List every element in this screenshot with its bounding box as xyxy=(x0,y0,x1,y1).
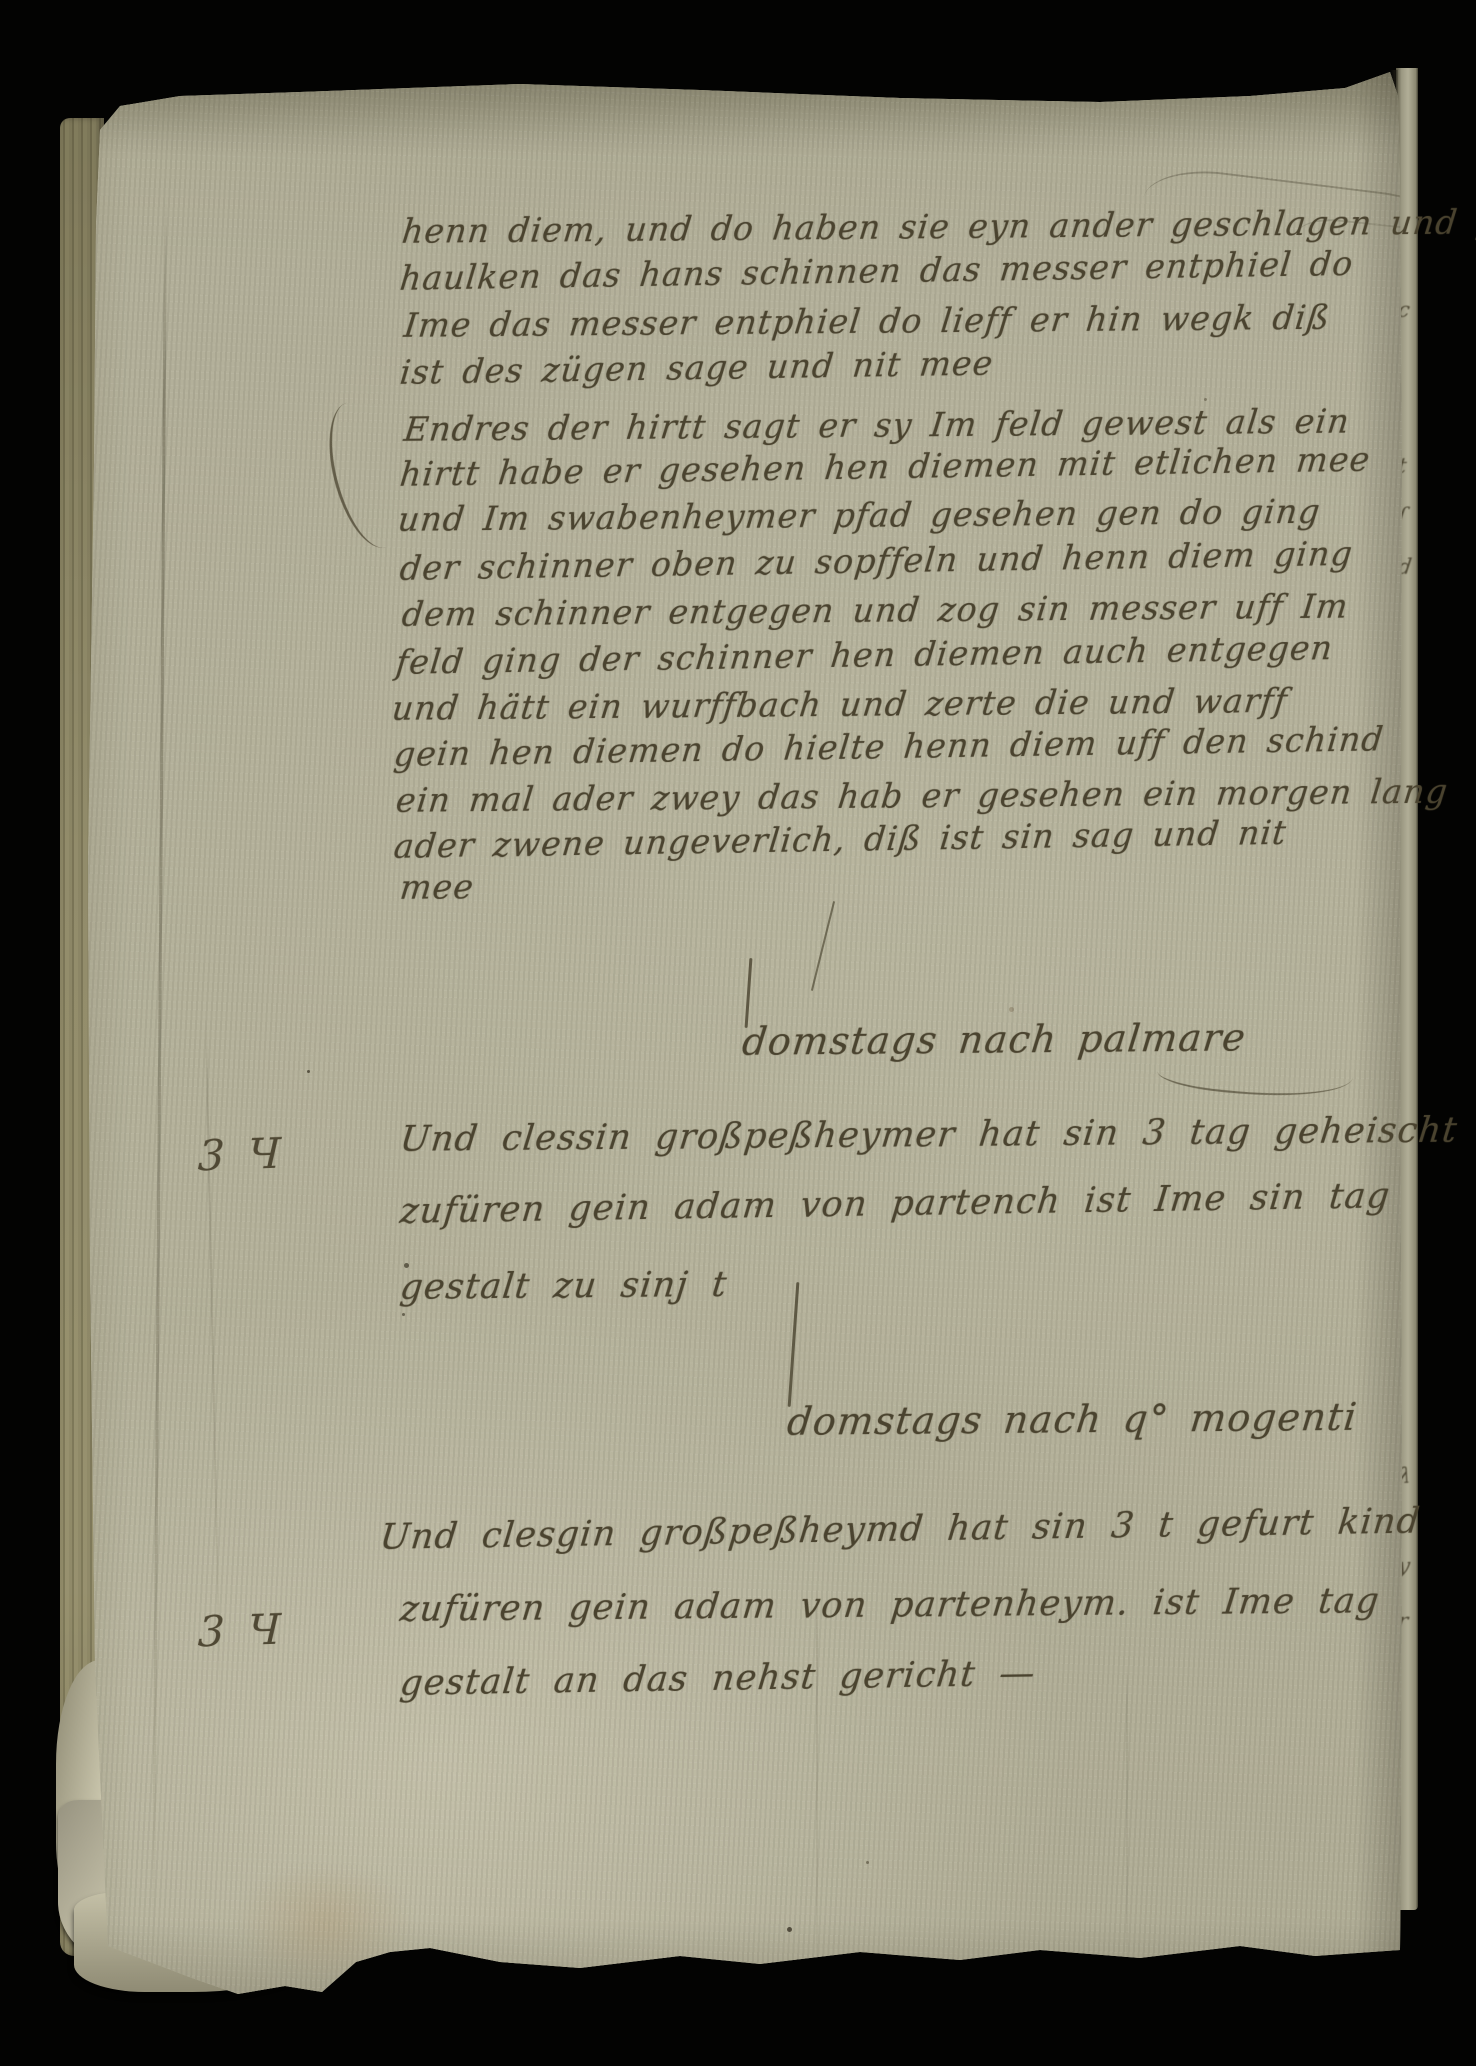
text-line: und Im swabenheymer pfad gesehen gen do … xyxy=(396,492,1323,539)
text-line: Ime das messer entphiel do lieff er hin … xyxy=(402,298,1332,345)
paper-crease xyxy=(1126,1666,1128,2006)
margin-amount: 3 Ч xyxy=(197,1604,287,1656)
text-line: dem schinner entgegen und zog sin messer… xyxy=(400,587,1351,634)
text-line: gestalt zu sinj t xyxy=(398,1265,730,1308)
margin-amount: 3 Ч xyxy=(197,1128,287,1180)
manuscript-photograph: c t ſ d λ y r henn diem, und do haben si… xyxy=(0,0,1476,2066)
text-line: mee xyxy=(398,867,476,907)
paper-stain xyxy=(238,1864,413,1979)
text-line: und hätt ein wurffbach und zerte die und… xyxy=(390,681,1290,728)
paper-crease xyxy=(205,1016,221,1706)
date-heading-quasimodogeniti: domstags nach q° mogenti xyxy=(785,1395,1360,1444)
paper-crease xyxy=(152,196,167,1956)
ink-specks xyxy=(307,1070,310,1073)
paper-crease xyxy=(816,1586,818,2016)
